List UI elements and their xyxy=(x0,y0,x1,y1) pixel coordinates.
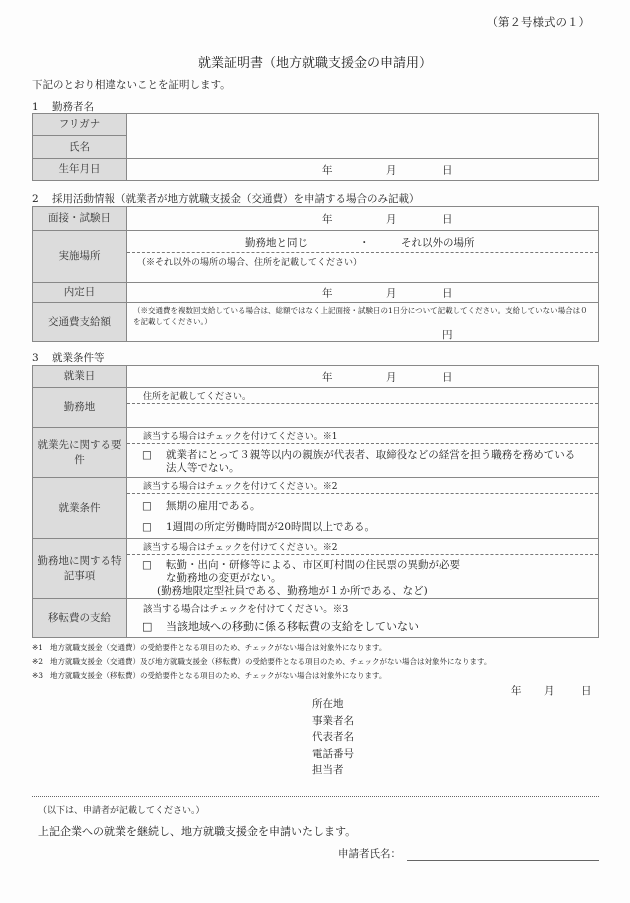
checkbox-icon[interactable]: □ xyxy=(142,521,166,534)
venue-option-other[interactable]: それ以外の場所 xyxy=(401,235,475,250)
label-conditions: 就業条件 xyxy=(33,478,127,539)
representative-label: 代表者名 xyxy=(312,729,354,746)
label-birthdate: 生年月日 xyxy=(33,159,127,181)
venue-address-input[interactable]: （※それ以外の場所の場合、住所を記載してください） xyxy=(127,253,598,282)
workplace-field[interactable]: 住所を記載してください。 xyxy=(127,388,599,428)
section1-heading: 1勤務者名 xyxy=(32,99,94,114)
relocation-field: 該当する場合はチェックを付けてください。※3 □当該地域への移動に係る移転費の支… xyxy=(127,599,599,638)
checkbox-icon[interactable]: □ xyxy=(142,449,166,462)
section2-table: 面接・試験日 年 月 日 実施場所 勤務地と同じ ・ それ以外の場所 （※それ以… xyxy=(32,206,599,342)
intro-text: 下記のとおり相違ないことを証明します。 xyxy=(32,77,231,92)
document-title: 就業証明書（地方就職支援金の申請用） xyxy=(0,52,630,71)
conditions-checkbox-1[interactable]: □無期の雇用である。 xyxy=(127,494,598,513)
workplace-notes-field: 該当する場合はチェックを付けてください。※2 □転勤・出向・研修等による、市区町… xyxy=(127,539,599,599)
label-interview-date: 面接・試験日 xyxy=(33,207,127,231)
footnote-3: ※3地方就職支援金（移転費）の受給要件となる項目のため、チェックがない場合は対象… xyxy=(32,669,491,683)
birthdate-field[interactable]: 年 月 日 xyxy=(127,159,599,181)
checkbox-icon[interactable]: □ xyxy=(142,559,166,572)
label-workplace-notes: 勤務地に関する特記事項 xyxy=(33,539,127,599)
section3-table: 就業日 年 月 日 勤務地 住所を記載してください。 就業先に関する要件 該当す… xyxy=(32,365,599,638)
venue-field: 勤務地と同じ ・ それ以外の場所 （※それ以外の場所の場合、住所を記載してくださ… xyxy=(127,231,599,283)
start-date-field[interactable]: 年 月 日 xyxy=(127,366,599,388)
employer-requirement-field: 該当する場合はチェックを付けてください。※1 □就業者にとって３親等以内の親族が… xyxy=(127,428,599,478)
applicant-name-field[interactable] xyxy=(407,860,599,861)
label-venue: 実施場所 xyxy=(33,231,127,283)
conditions-field: 該当する場合はチェックを付けてください。※2 □無期の雇用である。 □1週間の所… xyxy=(127,478,599,539)
venue-option-same[interactable]: 勤務地と同じ xyxy=(245,235,308,250)
employer-address-label: 所在地 xyxy=(312,696,354,713)
section3-heading: 3就業条件等 xyxy=(32,350,105,365)
footnotes: ※1地方就職支援金（交通費）の受給要件となる項目のため、チェックがない場合は対象… xyxy=(32,641,491,683)
footnote-1: ※1地方就職支援金（交通費）の受給要件となる項目のため、チェックがない場合は対象… xyxy=(32,641,491,655)
interview-date-field[interactable]: 年 月 日 xyxy=(127,207,599,231)
label-offer-date: 内定日 xyxy=(33,283,127,303)
checkbox-icon[interactable]: □ xyxy=(142,500,166,513)
form-id: （第２号様式の１） xyxy=(487,14,591,30)
offer-date-field[interactable]: 年 月 日 xyxy=(127,283,599,303)
checkbox-icon[interactable]: □ xyxy=(142,620,166,633)
label-start-date: 就業日 xyxy=(33,366,127,388)
employer-requirement-checkbox[interactable]: □就業者にとって３親等以内の親族が代表者、取締役などの経営を担う職務を務めている… xyxy=(127,444,598,475)
sign-date-day: 日 xyxy=(581,683,592,698)
label-relocation: 移転費の支給 xyxy=(33,599,127,638)
applicant-name-label: 申請者氏名： xyxy=(338,846,401,861)
label-name: 氏名 xyxy=(33,136,127,159)
label-transport-amount: 交通費支給額 xyxy=(33,303,127,342)
workplace-notes-checkbox[interactable]: □転勤・出向・研修等による、市区町村間の住民票の異動が必要な勤務地の変更がない。 xyxy=(127,555,598,585)
employer-block: 所在地 事業者名 代表者名 電話番号 担当者 xyxy=(312,696,354,779)
dotted-separator xyxy=(32,796,599,797)
phone-label: 電話番号 xyxy=(312,746,354,763)
applicant-note: （以下は、申請者が記載してください。） xyxy=(38,803,205,816)
label-workplace: 勤務地 xyxy=(33,388,127,428)
sign-date-month: 月 xyxy=(544,683,555,698)
section1-table: フリガナ 氏名 生年月日 年 月 日 xyxy=(32,113,599,181)
label-employer-requirement: 就業先に関する要件 xyxy=(33,428,127,478)
transport-amount-field[interactable]: （※交通費を複数回支給している場合は、総額ではなく上記面接・試験日の1日分につい… xyxy=(127,303,599,342)
conditions-checkbox-2[interactable]: □1週間の所定労働時間が20時間以上である。 xyxy=(127,513,598,534)
relocation-checkbox[interactable]: □当該地域への移動に係る移転費の支給をしていない xyxy=(127,615,598,633)
applicant-statement: 上記企業への就業を継続し、地方就職支援金を申請いたします。 xyxy=(38,823,356,839)
employer-name-label: 事業者名 xyxy=(312,713,354,730)
label-furigana: フリガナ xyxy=(33,114,127,136)
name-field[interactable] xyxy=(127,114,599,159)
section2-heading: 2採用活動情報（就業者が地方就職支援金（交通費）を申請する場合のみ記載） xyxy=(32,191,420,206)
sign-date-year: 年 xyxy=(511,683,522,698)
contact-person-label: 担当者 xyxy=(312,762,354,779)
footnote-2: ※2地方就職支援金（交通費）及び地方就職支援金（移転費）の受給要件となる項目のた… xyxy=(32,655,491,669)
